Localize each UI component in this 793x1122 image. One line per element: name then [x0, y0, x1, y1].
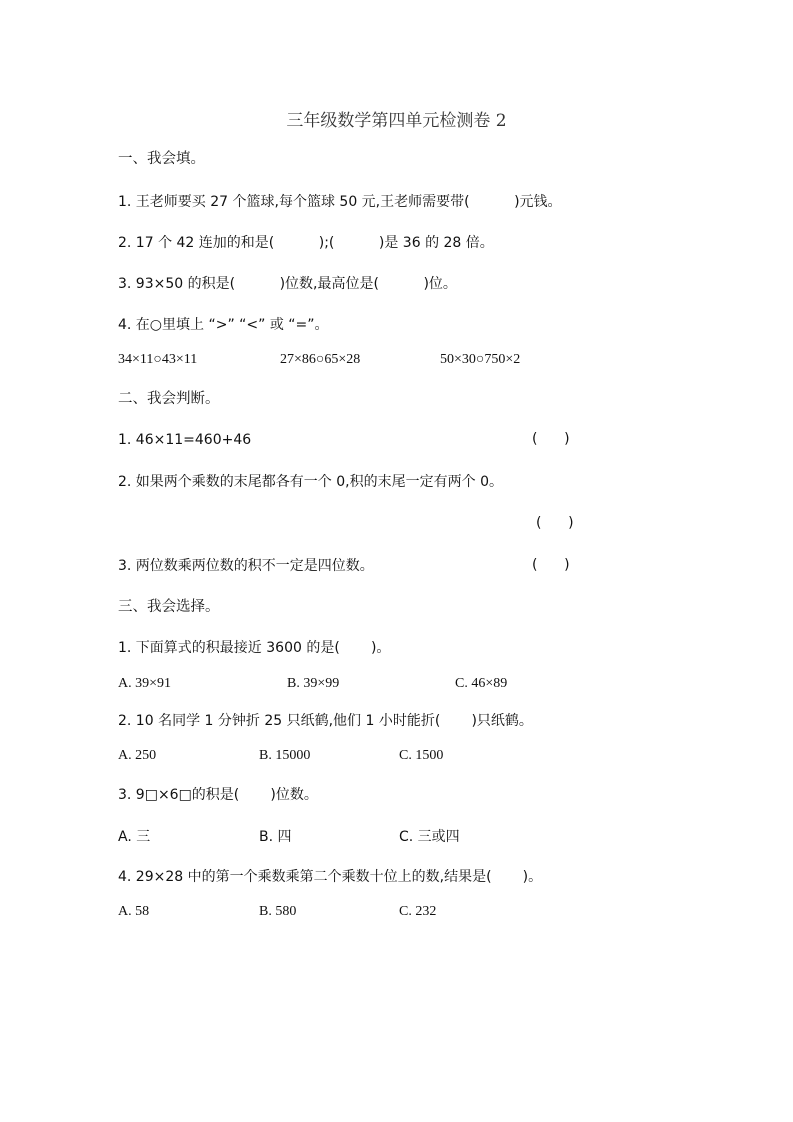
fill-question-2: 2. 17 个 42 连加的和是( );( )是 36 的 28 倍。	[118, 234, 494, 252]
choice-1-option-c: C. 46×89	[455, 676, 507, 692]
choice-4-option-b: B. 580	[259, 904, 296, 920]
judge-answer-blank-3: ( )	[532, 557, 570, 573]
judge-question-2: 2. 如果两个乘数的末尾都各有一个 0,积的末尾一定有两个 0。	[118, 473, 503, 491]
choice-3-option-c: C. 三或四	[399, 826, 460, 846]
section-heading-choice: 三、我会选择。	[118, 598, 220, 616]
comparison-2: 27×86○65×28	[280, 352, 360, 368]
choice-question-4: 4. 29×28 中的第一个乘数乘第二个乘数十位上的数,结果是( )。	[118, 868, 542, 886]
choice-1-option-a: A. 39×91	[118, 676, 171, 692]
choice-question-2: 2. 10 名同学 1 分钟折 25 只纸鹤,他们 1 小时能折( )只纸鹤。	[118, 712, 533, 730]
choice-4-option-a: A. 58	[118, 904, 149, 920]
choice-2-option-c: C. 1500	[399, 748, 443, 764]
page-title: 三年级数学第四单元检测卷 2	[0, 106, 793, 131]
fill-question-4: 4. 在○里填上 “>” “<” 或 “=”。	[118, 316, 329, 334]
choice-4-option-c: C. 232	[399, 904, 436, 920]
choice-2-option-b: B. 15000	[259, 748, 310, 764]
comparison-3: 50×30○750×2	[440, 352, 520, 368]
judge-answer-blank-2: ( )	[536, 515, 574, 531]
choice-question-1: 1. 下面算式的积最接近 3600 的是( )。	[118, 639, 390, 657]
judge-question-3: 3. 两位数乘两位数的积不一定是四位数。	[118, 557, 374, 575]
section-heading-fill: 一、我会填。	[118, 150, 205, 168]
choice-3-option-b: B. 四	[259, 826, 292, 846]
fill-question-3: 3. 93×50 的积是( )位数,最高位是( )位。	[118, 275, 457, 293]
comparison-1: 34×11○43×11	[118, 352, 197, 368]
choice-1-option-b: B. 39×99	[287, 676, 339, 692]
judge-answer-blank-1: ( )	[532, 431, 570, 447]
choice-question-3: 3. 9□×6□的积是( )位数。	[118, 786, 318, 804]
choice-3-option-a: A. 三	[118, 826, 150, 846]
judge-question-1: 1. 46×11=460+46	[118, 431, 251, 449]
fill-question-1: 1. 王老师要买 27 个篮球,每个篮球 50 元,王老师需要带( )元钱。	[118, 193, 562, 211]
choice-2-option-a: A. 250	[118, 748, 156, 764]
section-heading-judge: 二、我会判断。	[118, 390, 220, 408]
